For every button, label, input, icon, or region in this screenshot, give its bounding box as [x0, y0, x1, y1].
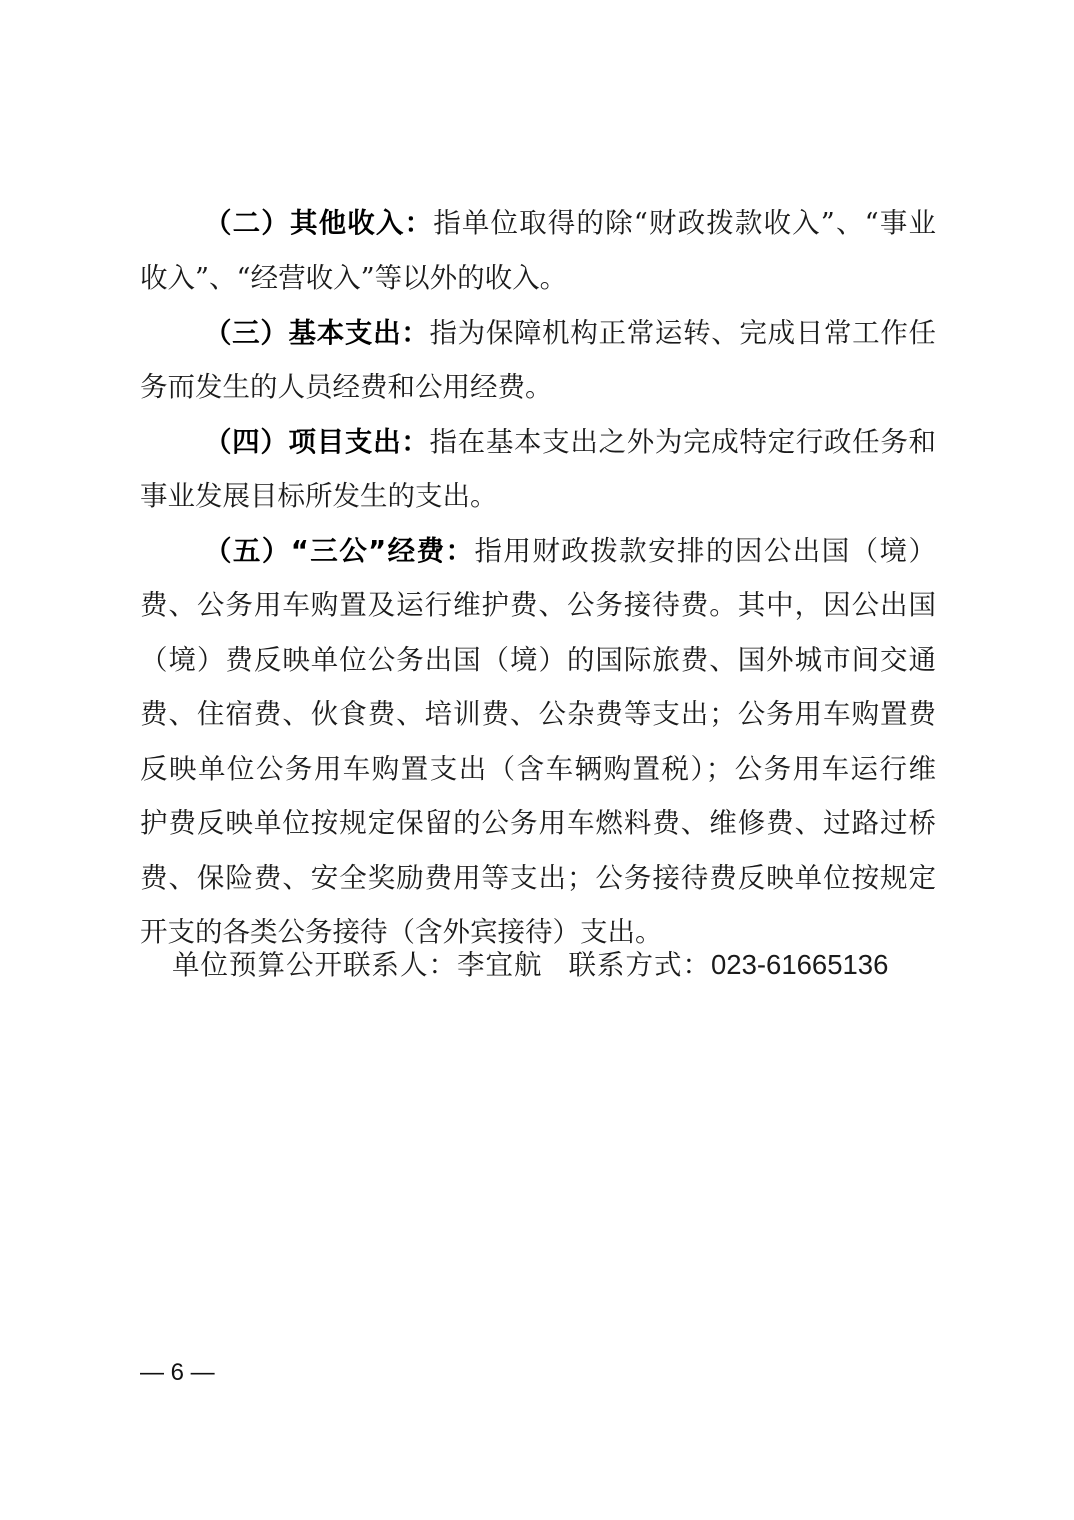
paragraph-three-public-line-7: 费、保险费、安全奖励费用等支出；公务接待费反映单位按规定 [140, 858, 936, 898]
paragraph-text: 指用财政拨款安排的因公出国（境） [474, 535, 936, 567]
paragraph-three-public-line-3: （境）费反映单位公务出国（境）的国际旅费、国外城市间交通 [140, 640, 936, 680]
heading-basic-expenditure: （三）基本支出： [204, 317, 429, 349]
document-page: （二）其他收入：指单位取得的除“财政拨款收入”、“事业 收入”、“经营收入”等以… [0, 0, 1074, 1520]
page-number: — 6 — [140, 1358, 215, 1388]
paragraph-three-public-line-1: （五）“三公”经费：指用财政拨款安排的因公出国（境） [204, 531, 936, 571]
paragraph-three-public-line-6: 护费反映单位按规定保留的公务用车燃料费、维修费、过路过桥 [140, 803, 936, 843]
heading-three-public-expenses: （五）“三公”经费： [204, 535, 474, 567]
paragraph-three-public-line-2: 费、公务用车购置及运行维护费、公务接待费。其中，因公出国 [140, 585, 936, 625]
contact-phone: 023-61665136 [711, 949, 888, 980]
paragraph-other-income-line-1: （二）其他收入：指单位取得的除“财政拨款收入”、“事业 [204, 203, 936, 243]
contact-info: 单位预算公开联系人：李宜航联系方式：023-61665136 [172, 945, 888, 985]
paragraph-three-public-line-4: 费、住宿费、伙食费、培训费、公杂费等支出；公务用车购置费 [140, 694, 936, 734]
paragraph-basic-expenditure-line-2: 务而发生的人员经费和公用经费。 [140, 367, 936, 407]
contact-method-label: 联系方式： [569, 949, 712, 981]
contact-person-name: 李宜航 [457, 949, 543, 981]
paragraph-other-income-line-2: 收入”、“经营收入”等以外的收入。 [140, 258, 936, 298]
heading-other-income: （二）其他收入： [204, 207, 433, 239]
paragraph-basic-expenditure-line-1: （三）基本支出：指为保障机构正常运转、完成日常工作任 [204, 313, 936, 353]
contact-person-label: 单位预算公开联系人： [172, 949, 457, 981]
paragraph-text: 指为保障机构正常运转、完成日常工作任 [429, 317, 936, 349]
heading-project-expenditure: （四）项目支出： [204, 426, 429, 458]
paragraph-project-expenditure-line-1: （四）项目支出：指在基本支出之外为完成特定行政任务和 [204, 422, 936, 462]
paragraph-three-public-line-5: 反映单位公务用车购置支出（含车辆购置税）；公务用车运行维 [140, 749, 936, 789]
paragraph-project-expenditure-line-2: 事业发展目标所发生的支出。 [140, 476, 936, 516]
paragraph-text: 指在基本支出之外为完成特定行政任务和 [429, 426, 936, 458]
paragraph-text: 指单位取得的除“财政拨款收入”、“事业 [433, 207, 936, 239]
